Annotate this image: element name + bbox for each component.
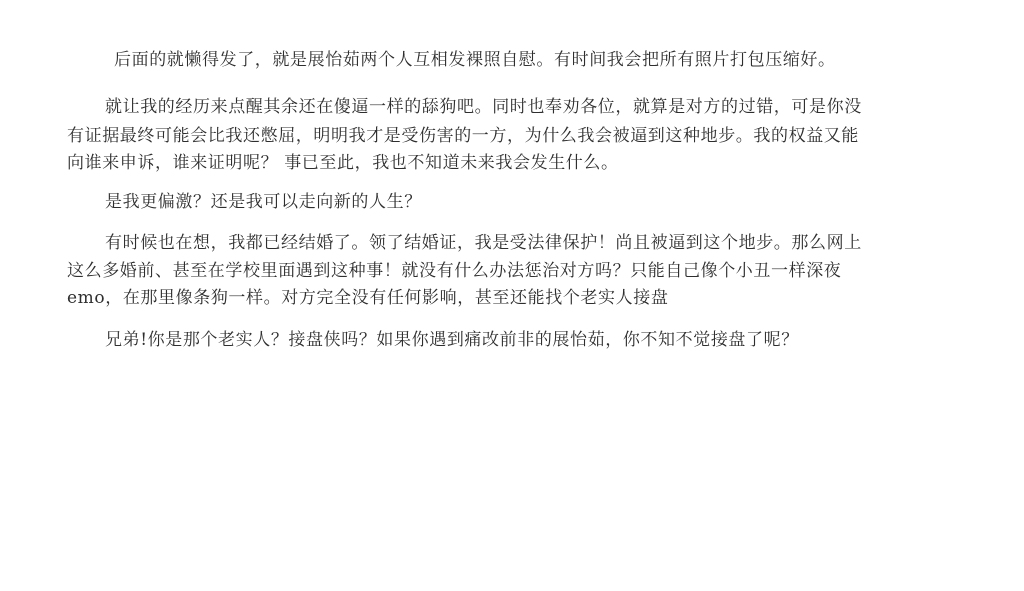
paragraph-3-line-1: 是我更偏激？还是我可以走向新的人生？ bbox=[105, 191, 422, 213]
paragraph-1-line-1: 后面的就懒得发了，就是展怡茹两个人互相发裸照自慰。有时间我会把所有照片打包压缩好… bbox=[114, 49, 836, 71]
paragraph-2-line-3: 向谁来申诉，谁来证明呢？ 事已至此，我也不知道未来我会发生什么。 bbox=[67, 152, 619, 174]
paragraph-4-line-2: 这么多婚前、甚至在学校里面遇到这种事！就没有什么办法惩治对方吗？只能自己像个小丑… bbox=[67, 260, 841, 282]
document-page: 后面的就懒得发了，就是展怡茹两个人互相发裸照自慰。有时间我会把所有照片打包压缩好… bbox=[0, 0, 1024, 591]
paragraph-4-line-1: 有时候也在想，我都已经结婚了。领了结婚证，我是受法律保护！尚且被逼到这个地步。那… bbox=[105, 232, 862, 254]
paragraph-5-line-1: 兄弟!你是那个老实人？接盘侠吗？如果你遇到痛改前非的展怡茹，你不知不觉接盘了呢？ bbox=[105, 329, 799, 351]
paragraph-2-line-2: 有证据最终可能会比我还憋屈，明明我才是受伤害的一方，为什么我会被逼到这种地步。我… bbox=[67, 125, 859, 147]
paragraph-2-line-1: 就让我的经历来点醒其余还在傻逼一样的舔狗吧。同时也奉劝各位，就算是对方的过错，可… bbox=[105, 96, 862, 118]
paragraph-4-line-3: emo，在那里像条狗一样。对方完全没有任何影响，甚至还能找个老实人接盘 bbox=[67, 287, 668, 309]
